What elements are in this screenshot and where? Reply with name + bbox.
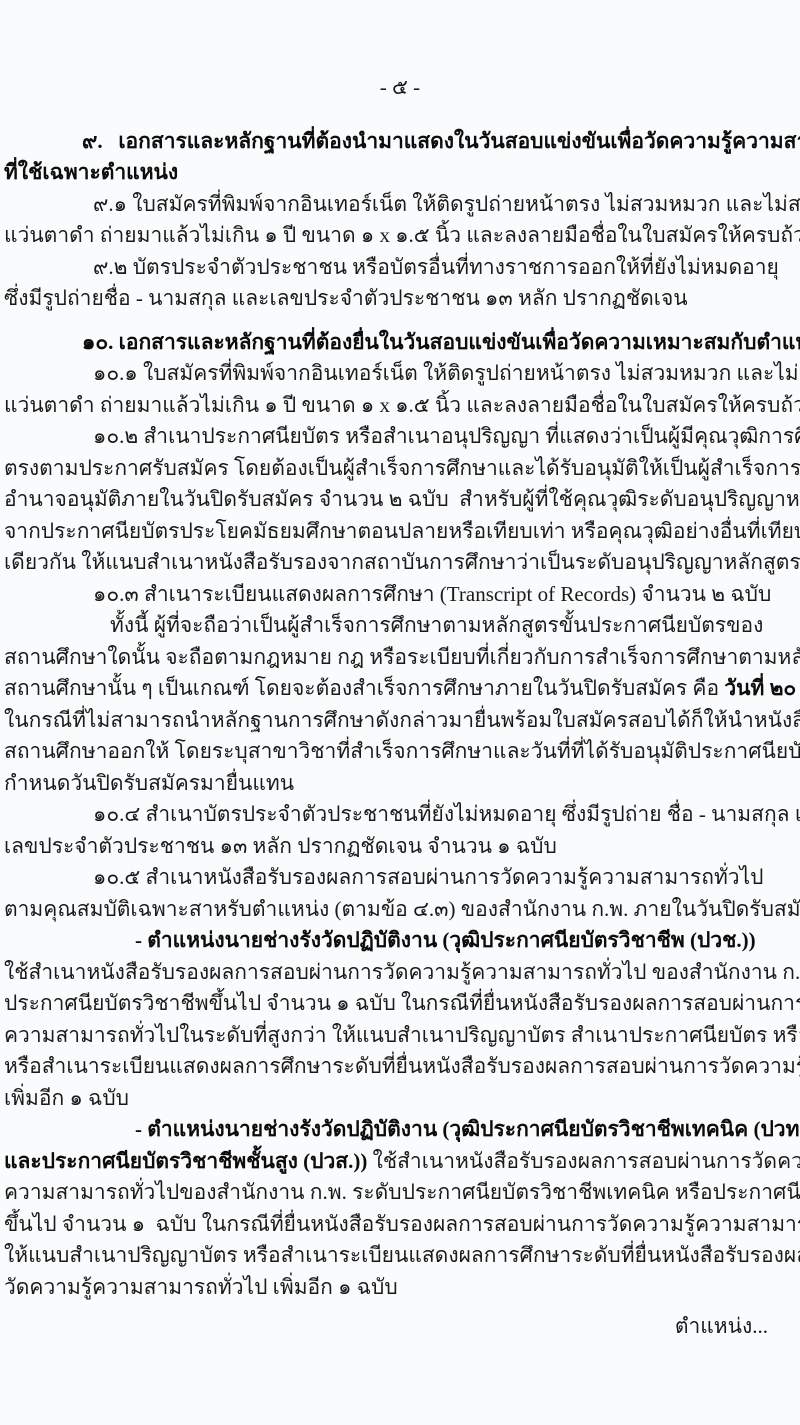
text-line: ๑๐.๔ สำเนาบัตรประจำตัวประชาชนที่ยังไม่หม… [4,799,796,831]
text-segment: ความสามารถทั่วไปในระดับที่สูงกว่า ให้แนบ… [4,1023,800,1047]
text-line: ๑๐. เอกสารและหลักฐานที่ต้องยื่นในวันสอบแ… [4,327,796,359]
text-segment: ตรงตามประกาศรับสมัคร โดยต้องเป็นผู้สำเร็… [4,456,800,480]
text-line: ๑๐.๓ สำเนาระเบียนแสดงผลการศึกษา (Transcr… [4,579,796,611]
text-line: ขึ้นไป จำนวน ๑ ฉบับ ในกรณีที่ยื่นหนังสือ… [4,1209,796,1241]
text-line: ความสามารถทั่วไปของสำนักงาน ก.พ. ระดับปร… [4,1177,796,1209]
bold-text-segment: และประกาศนียบัตรวิชาชีพชั้นสูง (ปวส.)) [4,1149,367,1173]
text-segment: - ๕ - [380,75,420,99]
text-segment: ๑๐.๒ สำเนาประกาศนียบัตร หรือสำเนาอนุปริญ… [93,424,800,448]
text-segment: ๑๐.๓ สำเนาระเบียนแสดงผลการศึกษา (Transcr… [93,582,771,606]
text-segment: ทั้งนี้ ผู้ที่จะถือว่าเป็นผู้สำเร็จการศึ… [110,613,763,637]
text-segment: ตำแหน่ง... [675,1314,768,1338]
bold-text-segment: - ตำแหน่งนายช่างรังวัดปฏิบัติงาน (วุฒิปร… [135,1117,800,1141]
item-9-1: ๙.๑ ใบสมัครที่พิมพ์จากอินเทอร์เน็ต ให้ติ… [4,189,796,252]
text-line: - ตำแหน่งนายช่างรังวัดปฏิบัติงาน (วุฒิปร… [4,925,796,957]
text-line: ในกรณีที่ไม่สามารถนำหลักฐานการศึกษาดังกล… [4,705,796,737]
item-10-4: ๑๐.๔ สำเนาบัตรประจำตัวประชาชนที่ยังไม่หม… [4,799,796,862]
text-line: สถานศึกษาใดนั้น จะถือตามกฎหมาย กฎ หรือระ… [4,642,796,674]
text-segment: ซึ่งมีรูปถ่ายชื่อ - นามสกุล และเลขประจำต… [4,286,688,310]
text-line: หรือสำเนาระเบียนแสดงผลการศึกษาระดับที่ยื… [4,1051,796,1083]
text-line: ความสามารถทั่วไปในระดับที่สูงกว่า ให้แนบ… [4,1020,796,1052]
text-line: ๙.๒ บัตรประจำตัวประชาชน หรือบัตรอื่นที่ท… [4,252,796,284]
text-segment: ใช้สำเนาหนังสือรับรองผลการสอบผ่านการวัดค… [367,1149,800,1173]
text-line: ประกาศนียบัตรวิชาชีพขึ้นไป จำนวน ๑ ฉบับ … [4,988,796,1020]
text-line: สถานศึกษาออกให้ โดยระบุสาขาวิชาที่สำเร็จ… [4,736,796,768]
page-number: - ๕ - [4,72,796,104]
text-line: วัดความรู้ความสามารถทั่วไป เพิ่มอีก ๑ ฉบ… [4,1272,796,1304]
text-line: ตำแหน่ง... [4,1311,796,1343]
text-segment: ๑๐.๑ ใบสมัครที่พิมพ์จากอินเทอร์เน็ต ให้ต… [93,361,800,385]
text-line: ๑๐.๕ สำเนาหนังสือรับรองผลการสอบผ่านการวั… [4,862,796,894]
bold-text-segment: ที่ใช้เฉพาะตำแหน่ง [4,160,178,184]
text-line: - ๕ - [4,72,796,104]
text-line: ตามคุณสมบัติเฉพาะสาหรับตำแหน่ง (ตามข้อ ๔… [4,894,796,926]
section-9-heading: ๙. เอกสารและหลักฐานที่ต้องนำมาแสดงในวันส… [4,126,796,189]
text-segment: เพิ่มอีก ๑ ฉบับ [4,1086,129,1110]
text-segment: หรือสำเนาระเบียนแสดงผลการศึกษาระดับที่ยื… [4,1054,800,1078]
text-segment: เลขประจำตัวประชาชน ๑๓ หลัก ปรากฏชัดเจน จ… [4,834,557,858]
text-line: ๑๐.๑ ใบสมัครที่พิมพ์จากอินเทอร์เน็ต ให้ต… [4,358,796,390]
text-segment: ตามคุณสมบัติเฉพาะสาหรับตำแหน่ง (ตามข้อ ๔… [4,897,800,921]
text-line: และประกาศนียบัตรวิชาชีพชั้นสูง (ปวส.)) ใ… [4,1146,796,1178]
text-line: ที่ใช้เฉพาะตำแหน่ง [4,157,796,189]
text-segment: ๙.๑ ใบสมัครที่พิมพ์จากอินเทอร์เน็ต ให้ติ… [93,192,800,216]
text-line: จากประกาศนียบัตรประโยคมัธยมศึกษาตอนปลายห… [4,516,796,548]
text-segment: วัดความรู้ความสามารถทั่วไป เพิ่มอีก ๑ ฉบ… [4,1275,398,1299]
item-10-5: ๑๐.๕ สำเนาหนังสือรับรองผลการสอบผ่านการวั… [4,862,796,925]
text-line: ให้แนบสำเนาปริญญาบัตร หรือสำเนาระเบียนแส… [4,1240,796,1272]
text-line: ๙.๑ ใบสมัครที่พิมพ์จากอินเทอร์เน็ต ให้ติ… [4,189,796,221]
bold-text-segment: วันที่ ๒๐ เมษายน ๒๕๖๔ [724,676,800,700]
text-segment: ขึ้นไป จำนวน ๑ ฉบับ ในกรณีที่ยื่นหนังสือ… [4,1212,800,1236]
bold-text-segment: - ตำแหน่งนายช่างรังวัดปฏิบัติงาน (วุฒิปร… [135,928,756,952]
bold-text-segment: ๙. เอกสารและหลักฐานที่ต้องนำมาแสดงในวันส… [82,129,800,153]
note-paragraph: ทั้งนี้ ผู้ที่จะถือว่าเป็นผู้สำเร็จการศึ… [4,610,796,799]
text-line: แว่นตาดำ ถ่ายมาแล้วไม่เกิน ๑ ปี ขนาด ๑ x… [4,220,796,252]
text-line: ทั้งนี้ ผู้ที่จะถือว่าเป็นผู้สำเร็จการศึ… [4,610,796,642]
text-line: เพิ่มอีก ๑ ฉบับ [4,1083,796,1115]
text-segment: เดียวกัน ให้แนบสำเนาหนังสือรับรองจากสถาบ… [4,550,800,574]
position-pwch-body: ใช้สำเนาหนังสือรับรองผลการสอบผ่านการวัดค… [4,957,796,1115]
text-segment: ๑๐.๕ สำเนาหนังสือรับรองผลการสอบผ่านการวั… [93,865,764,889]
position-pwch-heading: - ตำแหน่งนายช่างรังวัดปฏิบัติงาน (วุฒิปร… [4,925,796,957]
text-segment: ๑๐.๔ สำเนาบัตรประจำตัวประชาชนที่ยังไม่หม… [93,802,800,826]
text-line: ใช้สำเนาหนังสือรับรองผลการสอบผ่านการวัดค… [4,957,796,989]
text-segment: แว่นตาดำ ถ่ายมาแล้วไม่เกิน ๑ ปี ขนาด ๑ x… [4,223,800,247]
text-segment: สถานศึกษาใดนั้น จะถือตามกฎหมาย กฎ หรือระ… [4,645,800,669]
text-segment: ความสามารถทั่วไปของสำนักงาน ก.พ. ระดับปร… [4,1180,800,1204]
text-line: ๙. เอกสารและหลักฐานที่ต้องนำมาแสดงในวันส… [4,126,796,158]
item-10-2: ๑๐.๒ สำเนาประกาศนียบัตร หรือสำเนาอนุปริญ… [4,421,796,579]
document-page: - ๕ -๙. เอกสารและหลักฐานที่ต้องนำมาแสดงใ… [0,0,800,1425]
text-line: ตรงตามประกาศรับสมัคร โดยต้องเป็นผู้สำเร็… [4,453,796,485]
text-line: อำนาจอนุมัติภายในวันปิดรับสมัคร จำนวน ๒ … [4,484,796,516]
text-line: แว่นตาดำ ถ่ายมาแล้วไม่เกิน ๑ ปี ขนาด ๑ x… [4,390,796,422]
document-content: - ๕ -๙. เอกสารและหลักฐานที่ต้องนำมาแสดงใ… [0,0,800,1343]
text-segment: ใช้สำเนาหนังสือรับรองผลการสอบผ่านการวัดค… [4,960,800,984]
text-segment: แว่นตาดำ ถ่ายมาแล้วไม่เกิน ๑ ปี ขนาด ๑ x… [4,393,800,417]
section-10-heading: ๑๐. เอกสารและหลักฐานที่ต้องยื่นในวันสอบแ… [4,327,796,359]
text-line: เดียวกัน ให้แนบสำเนาหนังสือรับรองจากสถาบ… [4,547,796,579]
text-line: ซึ่งมีรูปถ่ายชื่อ - นามสกุล และเลขประจำต… [4,283,796,315]
bold-text-segment: ๑๐. เอกสารและหลักฐานที่ต้องยื่นในวันสอบแ… [82,330,800,354]
text-line: ๑๐.๒ สำเนาประกาศนียบัตร หรือสำเนาอนุปริญ… [4,421,796,453]
text-segment: สถานศึกษาออกให้ โดยระบุสาขาวิชาที่สำเร็จ… [4,739,800,763]
position-pwt-pws-paragraph: - ตำแหน่งนายช่างรังวัดปฏิบัติงาน (วุฒิปร… [4,1114,796,1303]
item-10-3: ๑๐.๓ สำเนาระเบียนแสดงผลการศึกษา (Transcr… [4,579,796,611]
text-line: กำหนดวันปิดรับสมัครมายื่นแทน [4,768,796,800]
text-segment: ๙.๒ บัตรประจำตัวประชาชน หรือบัตรอื่นที่ท… [93,255,779,279]
text-line: เลขประจำตัวประชาชน ๑๓ หลัก ปรากฏชัดเจน จ… [4,831,796,863]
text-line: - ตำแหน่งนายช่างรังวัดปฏิบัติงาน (วุฒิปร… [4,1114,796,1146]
text-segment: กำหนดวันปิดรับสมัครมายื่นแทน [4,771,294,795]
continuation-marker: ตำแหน่ง... [4,1311,796,1343]
text-segment: ให้แนบสำเนาปริญญาบัตร หรือสำเนาระเบียนแส… [4,1243,800,1267]
text-segment: จากประกาศนียบัตรประโยคมัธยมศึกษาตอนปลายห… [4,519,800,543]
item-9-2: ๙.๒ บัตรประจำตัวประชาชน หรือบัตรอื่นที่ท… [4,252,796,315]
text-segment: อำนาจอนุมัติภายในวันปิดรับสมัคร จำนวน ๒ … [4,487,800,511]
text-line: สถานศึกษานั้น ๆ เป็นเกณฑ์ โดยจะต้องสำเร็… [4,673,796,705]
text-segment: สถานศึกษานั้น ๆ เป็นเกณฑ์ โดยจะต้องสำเร็… [4,676,724,700]
text-segment: ประกาศนียบัตรวิชาชีพขึ้นไป จำนวน ๑ ฉบับ … [4,991,800,1015]
text-segment: ในกรณีที่ไม่สามารถนำหลักฐานการศึกษาดังกล… [4,708,800,732]
item-10-1: ๑๐.๑ ใบสมัครที่พิมพ์จากอินเทอร์เน็ต ให้ต… [4,358,796,421]
